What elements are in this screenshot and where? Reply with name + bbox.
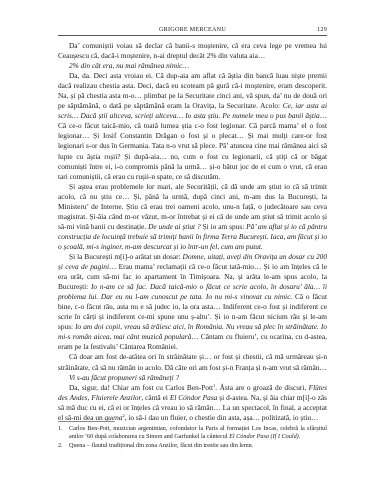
running-header: GRIGORE MERCEANU 129 xyxy=(58,24,327,34)
text-run: Da’ comuniștii voiau să declar că banii-… xyxy=(58,41,327,60)
footnote-number: 2. xyxy=(58,442,63,450)
text-run: Quena – flautul tradițional din zona Anz… xyxy=(69,442,253,449)
paragraph: Și la București m[i]-o arătat un dosar: … xyxy=(58,252,327,352)
page-number: 129 xyxy=(317,26,327,33)
text-run: Și io am spus: xyxy=(201,222,246,231)
italic-text: El Cóndor Pasa xyxy=(170,393,218,402)
paragraph: Da’ comuniștii voiau să declar că banii-… xyxy=(58,41,327,61)
paragraph: Și aștea erau problemele lor mari, ale S… xyxy=(58,182,327,252)
footnote-number: 1. xyxy=(58,425,63,433)
paragraph: Da, da. Deci asta vroiau ei. Că dup-aia … xyxy=(58,71,327,182)
text-run: , io să-i dau un fluier, o chestie din a… xyxy=(125,413,319,422)
italic-text: Fluierele Anzilor xyxy=(91,393,141,402)
footnote-rule xyxy=(58,421,115,422)
text-run: Și la București m[i]-o arătat un dosar: xyxy=(69,252,183,261)
footnotes: 1.Carlos Ben-Pott, muzician argentinian,… xyxy=(58,425,327,450)
text-run: . Ăsta are o groază de discuri, xyxy=(215,383,308,392)
paragraph: Da, sigur, da! Chiar am fost cu Carlos B… xyxy=(58,383,327,423)
text-run: . xyxy=(299,433,301,440)
footnote: 1.Carlos Ben-Pott, muzician argentinian,… xyxy=(58,425,327,442)
text-run: Că doar am fost de-atâtea ori în străină… xyxy=(58,352,327,371)
italic-text: El Cóndor Pasa (If I Could) xyxy=(229,433,299,440)
running-title: GRIGORE MERCEANU xyxy=(58,26,327,33)
header-rule xyxy=(58,35,327,36)
text-run: Da, sigur, da! Chiar am fost cu Carlos B… xyxy=(69,383,213,392)
text-run: , cântă ei xyxy=(141,393,169,402)
interviewer-question: 2% din cât era, nu mai rămânea nimic… xyxy=(58,61,327,71)
footnote: 2.Quena – flautul tradițional din zona A… xyxy=(58,442,327,450)
paragraph: Că doar am fost de-atâtea ori în străină… xyxy=(58,352,327,372)
italic-text: 2% din cât era, nu mai rămânea nimic… xyxy=(69,61,189,70)
italic-text: Io n-am ce să fac. Dacă taică-mio o făcu… xyxy=(58,282,327,301)
italic-text: De unde ai știut ? xyxy=(148,222,201,231)
italic-text: Vi s-au făcut propuneri să rămâneți ? xyxy=(69,373,179,382)
interviewer-question: Vi s-au făcut propuneri să rămâneți ? xyxy=(58,373,327,383)
text-run: … Că ce-o făcut taică-mio, că toată lume… xyxy=(58,111,327,180)
body-text: Da’ comuniștii voiau să declar că banii-… xyxy=(58,41,327,423)
